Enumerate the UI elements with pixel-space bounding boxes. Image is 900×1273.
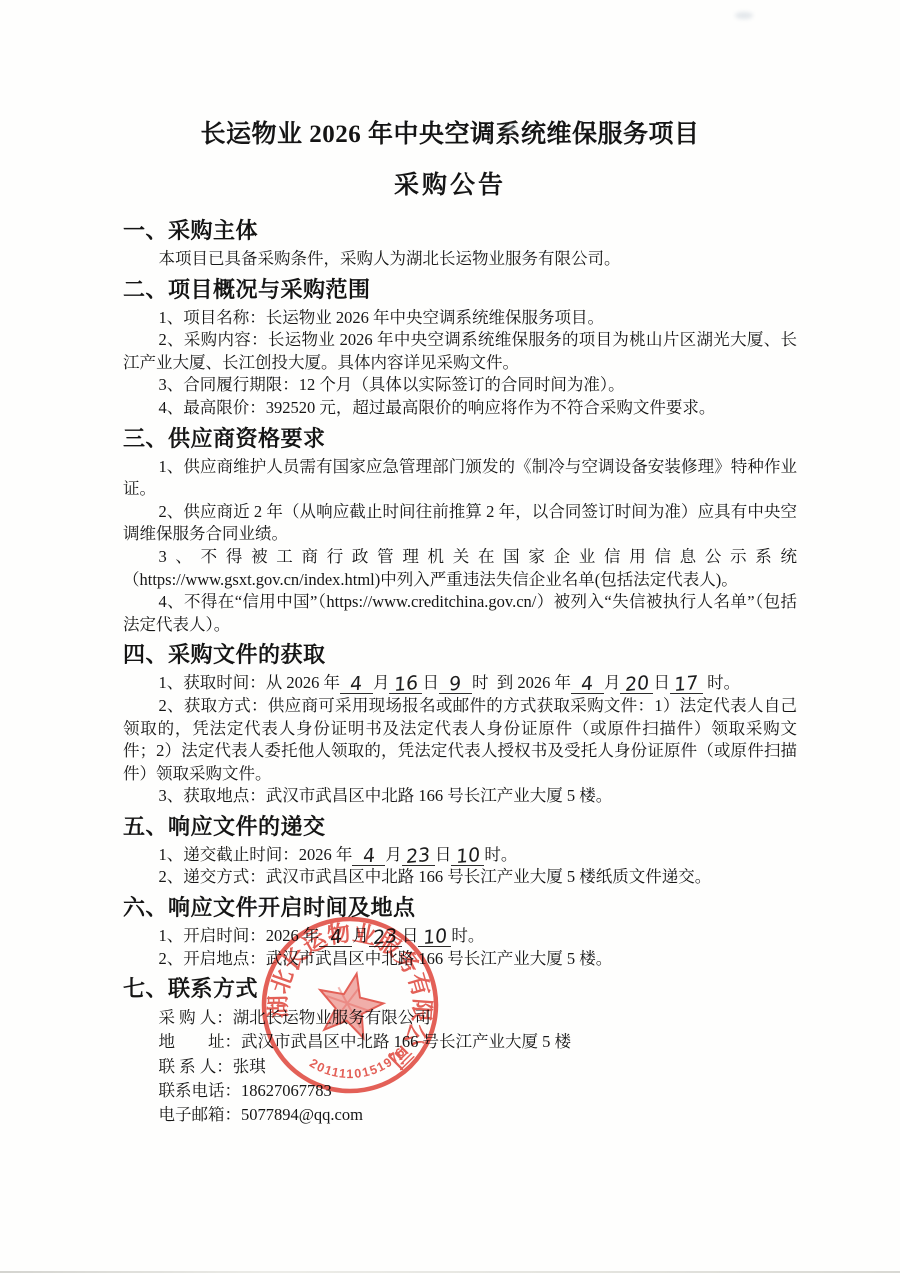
text-run: 3、获取地点：武汉市武昌区中北路 166 号长江产业大厦 5 楼。 — [158, 786, 612, 805]
handwritten-blank-underline: 10 — [451, 848, 484, 866]
paragraph: 2、开启地点：武汉市武昌区中北路 166 号长江产业大厦 5 楼。 — [123, 948, 797, 971]
handwritten-blank-underline: 17 — [670, 676, 703, 694]
handwritten-blank-underline: 10 — [418, 929, 451, 947]
contact-line: 联 系 人：张琪 — [123, 1055, 797, 1079]
handwritten-blank-underline: 23 — [369, 929, 402, 947]
handwritten-value: 23 — [406, 847, 431, 866]
text-run: 3、合同履行期限：12 个月（具体以实际签订的合同时间为准）。 — [158, 375, 624, 394]
handwritten-value: 10 — [422, 928, 447, 947]
handwritten-value: 23 — [373, 928, 398, 947]
section-heading: 二、项目概况与采购范围 — [123, 275, 797, 304]
paragraph: 2、供应商近 2 年（从响应截止时间往前推算 2 年，以合同签订时间为准）应具有… — [123, 501, 797, 546]
handwritten-blank-underline: 4 — [352, 848, 385, 866]
text-run: 3、不得被工商行政管理机关在国家企业信用信息公示系统（https://www.g… — [123, 547, 797, 589]
paragraph: 1、递交截止时间：2026 年4月23日10时。 — [123, 844, 797, 867]
paragraph: 本项目已具备采购条件，采购人为湖北长运物业服务有限公司。 — [123, 248, 797, 271]
handwritten-value: 4 — [350, 676, 363, 694]
handwritten-value: 10 — [455, 847, 480, 866]
scan-smudge — [735, 12, 753, 19]
text-run: 4、最高限价：392520 元，超过最高限价的响应将作为不符合采购文件要求。 — [158, 398, 715, 417]
paragraph: 2、采购内容：长运物业 2026 年中央空调系统维保服务的项目为桃山片区湖光大厦… — [123, 329, 797, 374]
text-run: 日 — [402, 926, 419, 945]
text-run: 月 — [352, 926, 369, 945]
handwritten-blank-underline: 4 — [340, 676, 373, 694]
text-run: 1、项目名称：长运物业 2026 年中央空调系统维保服务项目。 — [158, 308, 604, 327]
text-run: 2、获取方式：供应商可采用现场报名或邮件的方式获取采购文件：1）法定代表人自己领… — [123, 696, 797, 783]
text-run: 1、供应商维护人员需有国家应急管理部门颁发的《制冷与空调设备安装修理》特种作业证… — [123, 457, 797, 499]
text-run: 月 — [373, 673, 390, 692]
handwritten-value: 20 — [624, 675, 649, 694]
text-run: 月 — [385, 845, 402, 864]
paragraph: 4、最高限价：392520 元，超过最高限价的响应将作为不符合采购文件要求。 — [123, 397, 797, 420]
text-run: 电子邮箱：5077894@qq.com — [158, 1105, 362, 1124]
section-heading: 一、采购主体 — [123, 216, 797, 245]
section-heading: 四、采购文件的获取 — [123, 640, 797, 669]
document-title: 长运物业 2026 年中央空调系统维保服务项目 — [0, 0, 900, 152]
paragraph: 1、供应商维护人员需有国家应急管理部门颁发的《制冷与空调设备安装修理》特种作业证… — [123, 456, 797, 501]
paragraph: 3、不得被工商行政管理机关在国家企业信用信息公示系统（https://www.g… — [123, 546, 797, 591]
paragraph: 2、获取方式：供应商可采用现场报名或邮件的方式获取采购文件：1）法定代表人自己领… — [123, 695, 797, 785]
handwritten-blank-underline: 20 — [620, 676, 653, 694]
text-run: 地 址：武汉市武昌区中北路 166 号长江产业大厦 5 楼 — [158, 1032, 571, 1051]
paragraph: 3、合同履行期限：12 个月（具体以实际签订的合同时间为准）。 — [123, 374, 797, 397]
text-run: 1、开启时间：2026 年 — [158, 926, 319, 945]
text-run: 2、开启地点：武汉市武昌区中北路 166 号长江产业大厦 5 楼。 — [158, 949, 612, 968]
text-run: 日 — [435, 845, 452, 864]
handwritten-value: 17 — [674, 675, 699, 694]
text-run: 联系电话：18627067783 — [158, 1081, 331, 1100]
contact-line: 地 址：武汉市武昌区中北路 166 号长江产业大厦 5 楼 — [123, 1030, 797, 1054]
paragraph: 1、获取时间：从 2026 年4月16日9时 到 2026 年4月20日17 时… — [123, 672, 797, 695]
document-body: 一、采购主体本项目已具备采购条件，采购人为湖北长运物业服务有限公司。二、项目概况… — [123, 216, 797, 1127]
contact-line: 联系电话：18627067783 — [123, 1079, 797, 1103]
handwritten-value: 4 — [362, 847, 375, 865]
text-run: 日 — [653, 673, 670, 692]
text-run: 时 到 2026 年 — [472, 673, 571, 692]
scan-smudge — [506, 125, 518, 131]
section-heading: 七、联系方式 — [123, 974, 797, 1003]
handwritten-blank-underline: 16 — [389, 676, 422, 694]
contact-line: 电子邮箱：5077894@qq.com — [123, 1103, 797, 1127]
contact-line: 采 购 人：湖北长运物业服务有限公司 — [123, 1006, 797, 1030]
handwritten-blank-underline: 4 — [319, 929, 352, 947]
handwritten-value: 16 — [393, 675, 418, 694]
handwritten-value: 4 — [329, 928, 342, 946]
text-run: 1、获取时间：从 2026 年 — [158, 673, 340, 692]
text-run: 采 购 人：湖北长运物业服务有限公司 — [158, 1008, 430, 1027]
text-run: 2、供应商近 2 年（从响应截止时间往前推算 2 年，以合同签订时间为准）应具有… — [123, 502, 797, 544]
text-run: 2、采购内容：长运物业 2026 年中央空调系统维保服务的项目为桃山片区湖光大厦… — [123, 330, 797, 372]
paragraph: 4、不得在“信用中国”（https://www.creditchina.gov.… — [123, 591, 797, 636]
text-run: 时。 — [451, 926, 484, 945]
text-run: 联 系 人：张琪 — [158, 1057, 265, 1076]
procurement-announcement-document: 长运物业 2026 年中央空调系统维保服务项目 采购公告 一、采购主体本项目已具… — [0, 0, 900, 1273]
paragraph: 1、项目名称：长运物业 2026 年中央空调系统维保服务项目。 — [123, 307, 797, 330]
text-run: 1、递交截止时间：2026 年 — [158, 845, 352, 864]
paragraph: 3、获取地点：武汉市武昌区中北路 166 号长江产业大厦 5 楼。 — [123, 785, 797, 808]
section-heading: 六、响应文件开启时间及地点 — [123, 893, 797, 922]
text-run: 时。 — [484, 845, 517, 864]
handwritten-value: 9 — [449, 676, 462, 694]
paragraph: 2、递交方式：武汉市武昌区中北路 166 号长江产业大厦 5 楼纸质文件递交。 — [123, 866, 797, 889]
text-run: 日 — [422, 673, 439, 692]
handwritten-value: 4 — [581, 676, 594, 694]
text-run: 本项目已具备采购条件，采购人为湖北长运物业服务有限公司。 — [158, 249, 620, 268]
text-run: 时。 — [703, 673, 740, 692]
handwritten-blank-underline: 9 — [439, 676, 472, 694]
text-run: 2、递交方式：武汉市武昌区中北路 166 号长江产业大厦 5 楼纸质文件递交。 — [158, 867, 711, 886]
text-run: 4、不得在“信用中国”（https://www.creditchina.gov.… — [123, 592, 797, 634]
handwritten-blank-underline: 4 — [571, 676, 604, 694]
section-heading: 三、供应商资格要求 — [123, 424, 797, 453]
text-run: 月 — [604, 673, 621, 692]
section-heading: 五、响应文件的递交 — [123, 812, 797, 841]
document-subtitle: 采购公告 — [0, 169, 900, 203]
paragraph: 1、开启时间：2026 年4月23日10时。 — [123, 925, 797, 948]
handwritten-blank-underline: 23 — [402, 848, 435, 866]
